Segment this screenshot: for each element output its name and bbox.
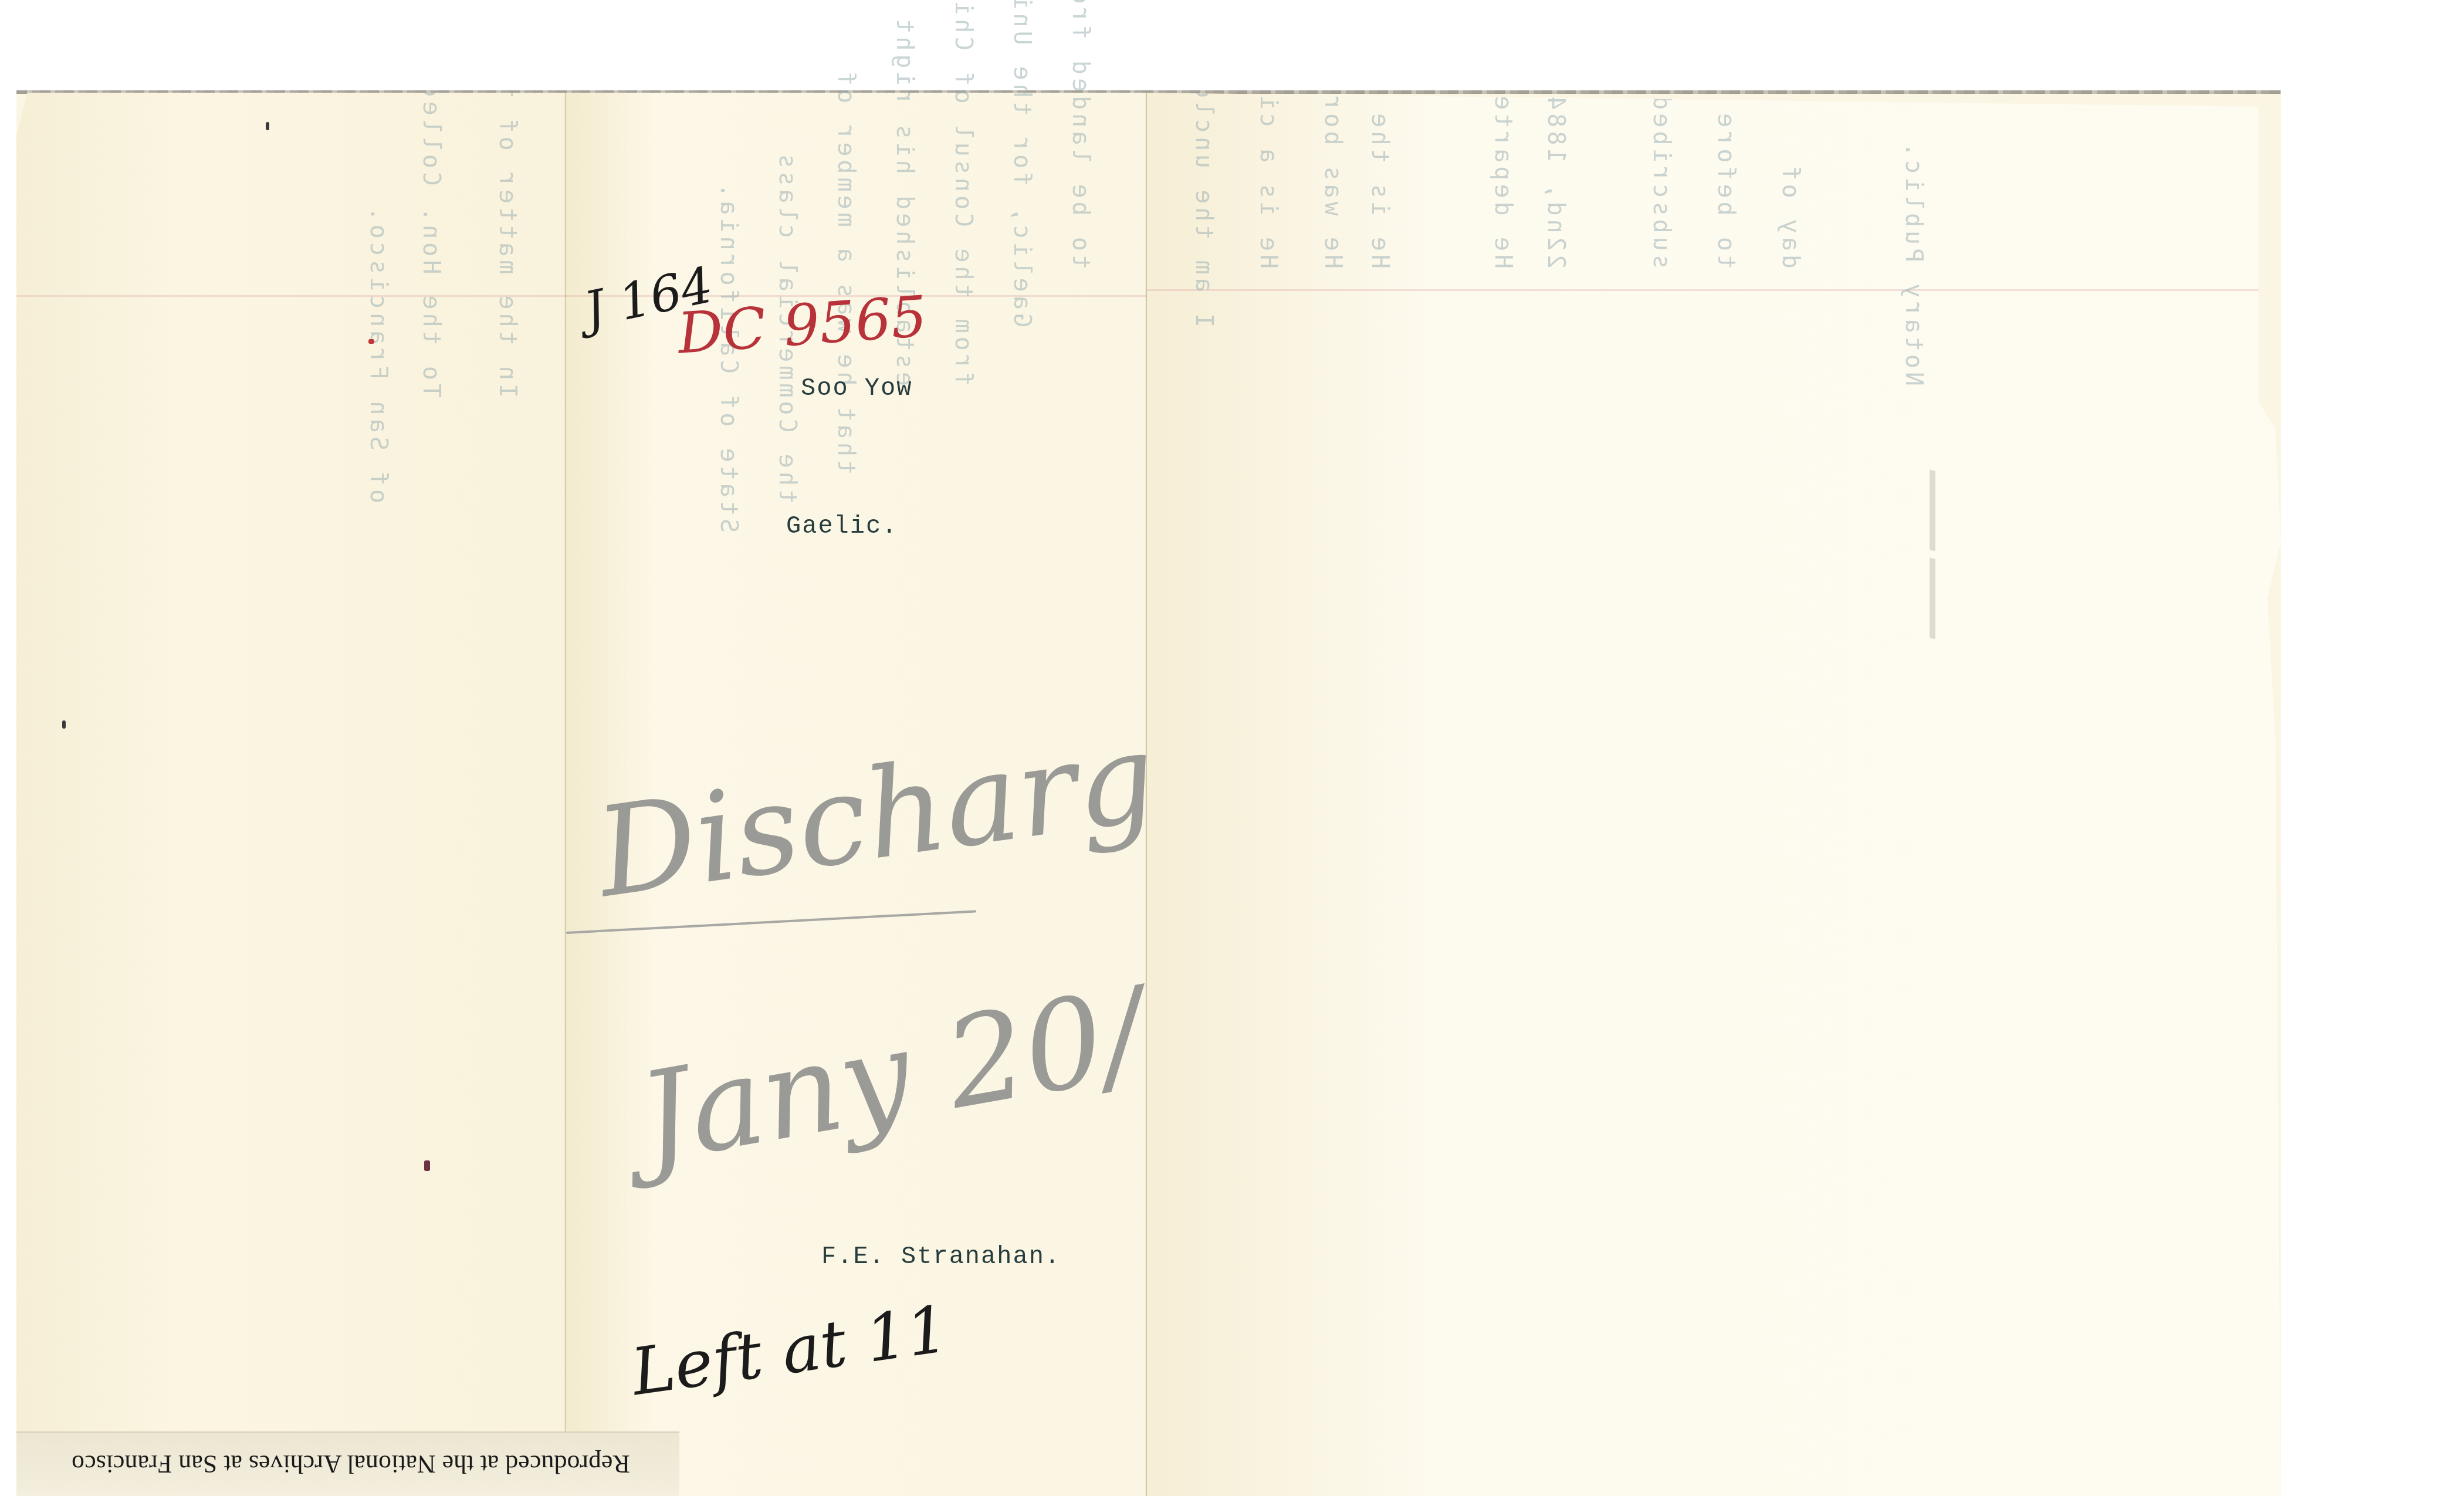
archive-label-text: Reproduced at the National Archives at S… bbox=[57, 1449, 644, 1479]
typed-signer: F.E. Stranahan. bbox=[821, 1243, 1061, 1271]
bleed-text-line: Gaelic, for the United States bbox=[1008, 0, 1035, 327]
bleed-text-line: He is the son of Soo Wong and Chin Shee. bbox=[1366, 0, 1393, 269]
bleed-text-line: from the Consul of China, and bbox=[950, 0, 977, 386]
middle-panel: to be landed from the steamer G. Gaelic,… bbox=[566, 93, 1147, 1496]
bleed-text-line: He departed for China on the steamer Oce… bbox=[1490, 0, 1517, 269]
bleed-text-line: To the Hon. Collector of Customs for the… bbox=[418, 0, 445, 398]
document-sheet: To the Hon. Collector of Customs for the… bbox=[16, 93, 2281, 1496]
bleed-text-line: day of bbox=[1777, 163, 1804, 269]
typed-vessel: Gaelic. bbox=[786, 512, 898, 540]
ink-speck bbox=[266, 122, 269, 130]
bleed-text-line: to before me this bbox=[1712, 0, 1739, 269]
bleed-text-line: to be landed from the steamer G. bbox=[1067, 0, 1094, 269]
red-ruling-line bbox=[1147, 289, 2281, 291]
pencil-discharge: Discharge bbox=[588, 695, 1236, 925]
red-ink-speck bbox=[368, 339, 374, 344]
right-panel: I am the uncle of Soo Yow He is a citize… bbox=[1147, 93, 2281, 1496]
bleed-text-line: of San Francisco. bbox=[365, 204, 392, 503]
bleed-text-line: 22nd, 1884 with his father. bbox=[1542, 0, 1569, 269]
ink-speck bbox=[62, 720, 66, 729]
bleed-text-line: He is a citizen of the United States, 32… bbox=[1255, 0, 1282, 269]
bleed-text-line: Notary Public. bbox=[1900, 139, 1927, 386]
faint-pencil-notation: —— bbox=[1888, 466, 1990, 642]
ink-speck bbox=[424, 1160, 430, 1171]
bleed-text-line: He was born in the year 1857 in Portland… bbox=[1319, 0, 1346, 269]
ink-note-left-at-11: Left at 11 bbox=[627, 1291, 953, 1410]
red-ruling-line bbox=[16, 295, 566, 297]
bleed-text-line: subscribed and sworn bbox=[1648, 0, 1675, 269]
bleed-text-line: that he was a member of bbox=[832, 68, 859, 474]
archive-label: Reproduced at the National Archives at S… bbox=[16, 1431, 679, 1496]
typed-name: Soo Yow bbox=[801, 374, 912, 402]
bleed-text-line: In the matter of the application of bbox=[494, 0, 521, 398]
left-panel: To the Hon. Collector of Customs for the… bbox=[16, 93, 566, 1496]
bleed-text-line: I am the uncle of Soo Yow bbox=[1190, 0, 1217, 327]
